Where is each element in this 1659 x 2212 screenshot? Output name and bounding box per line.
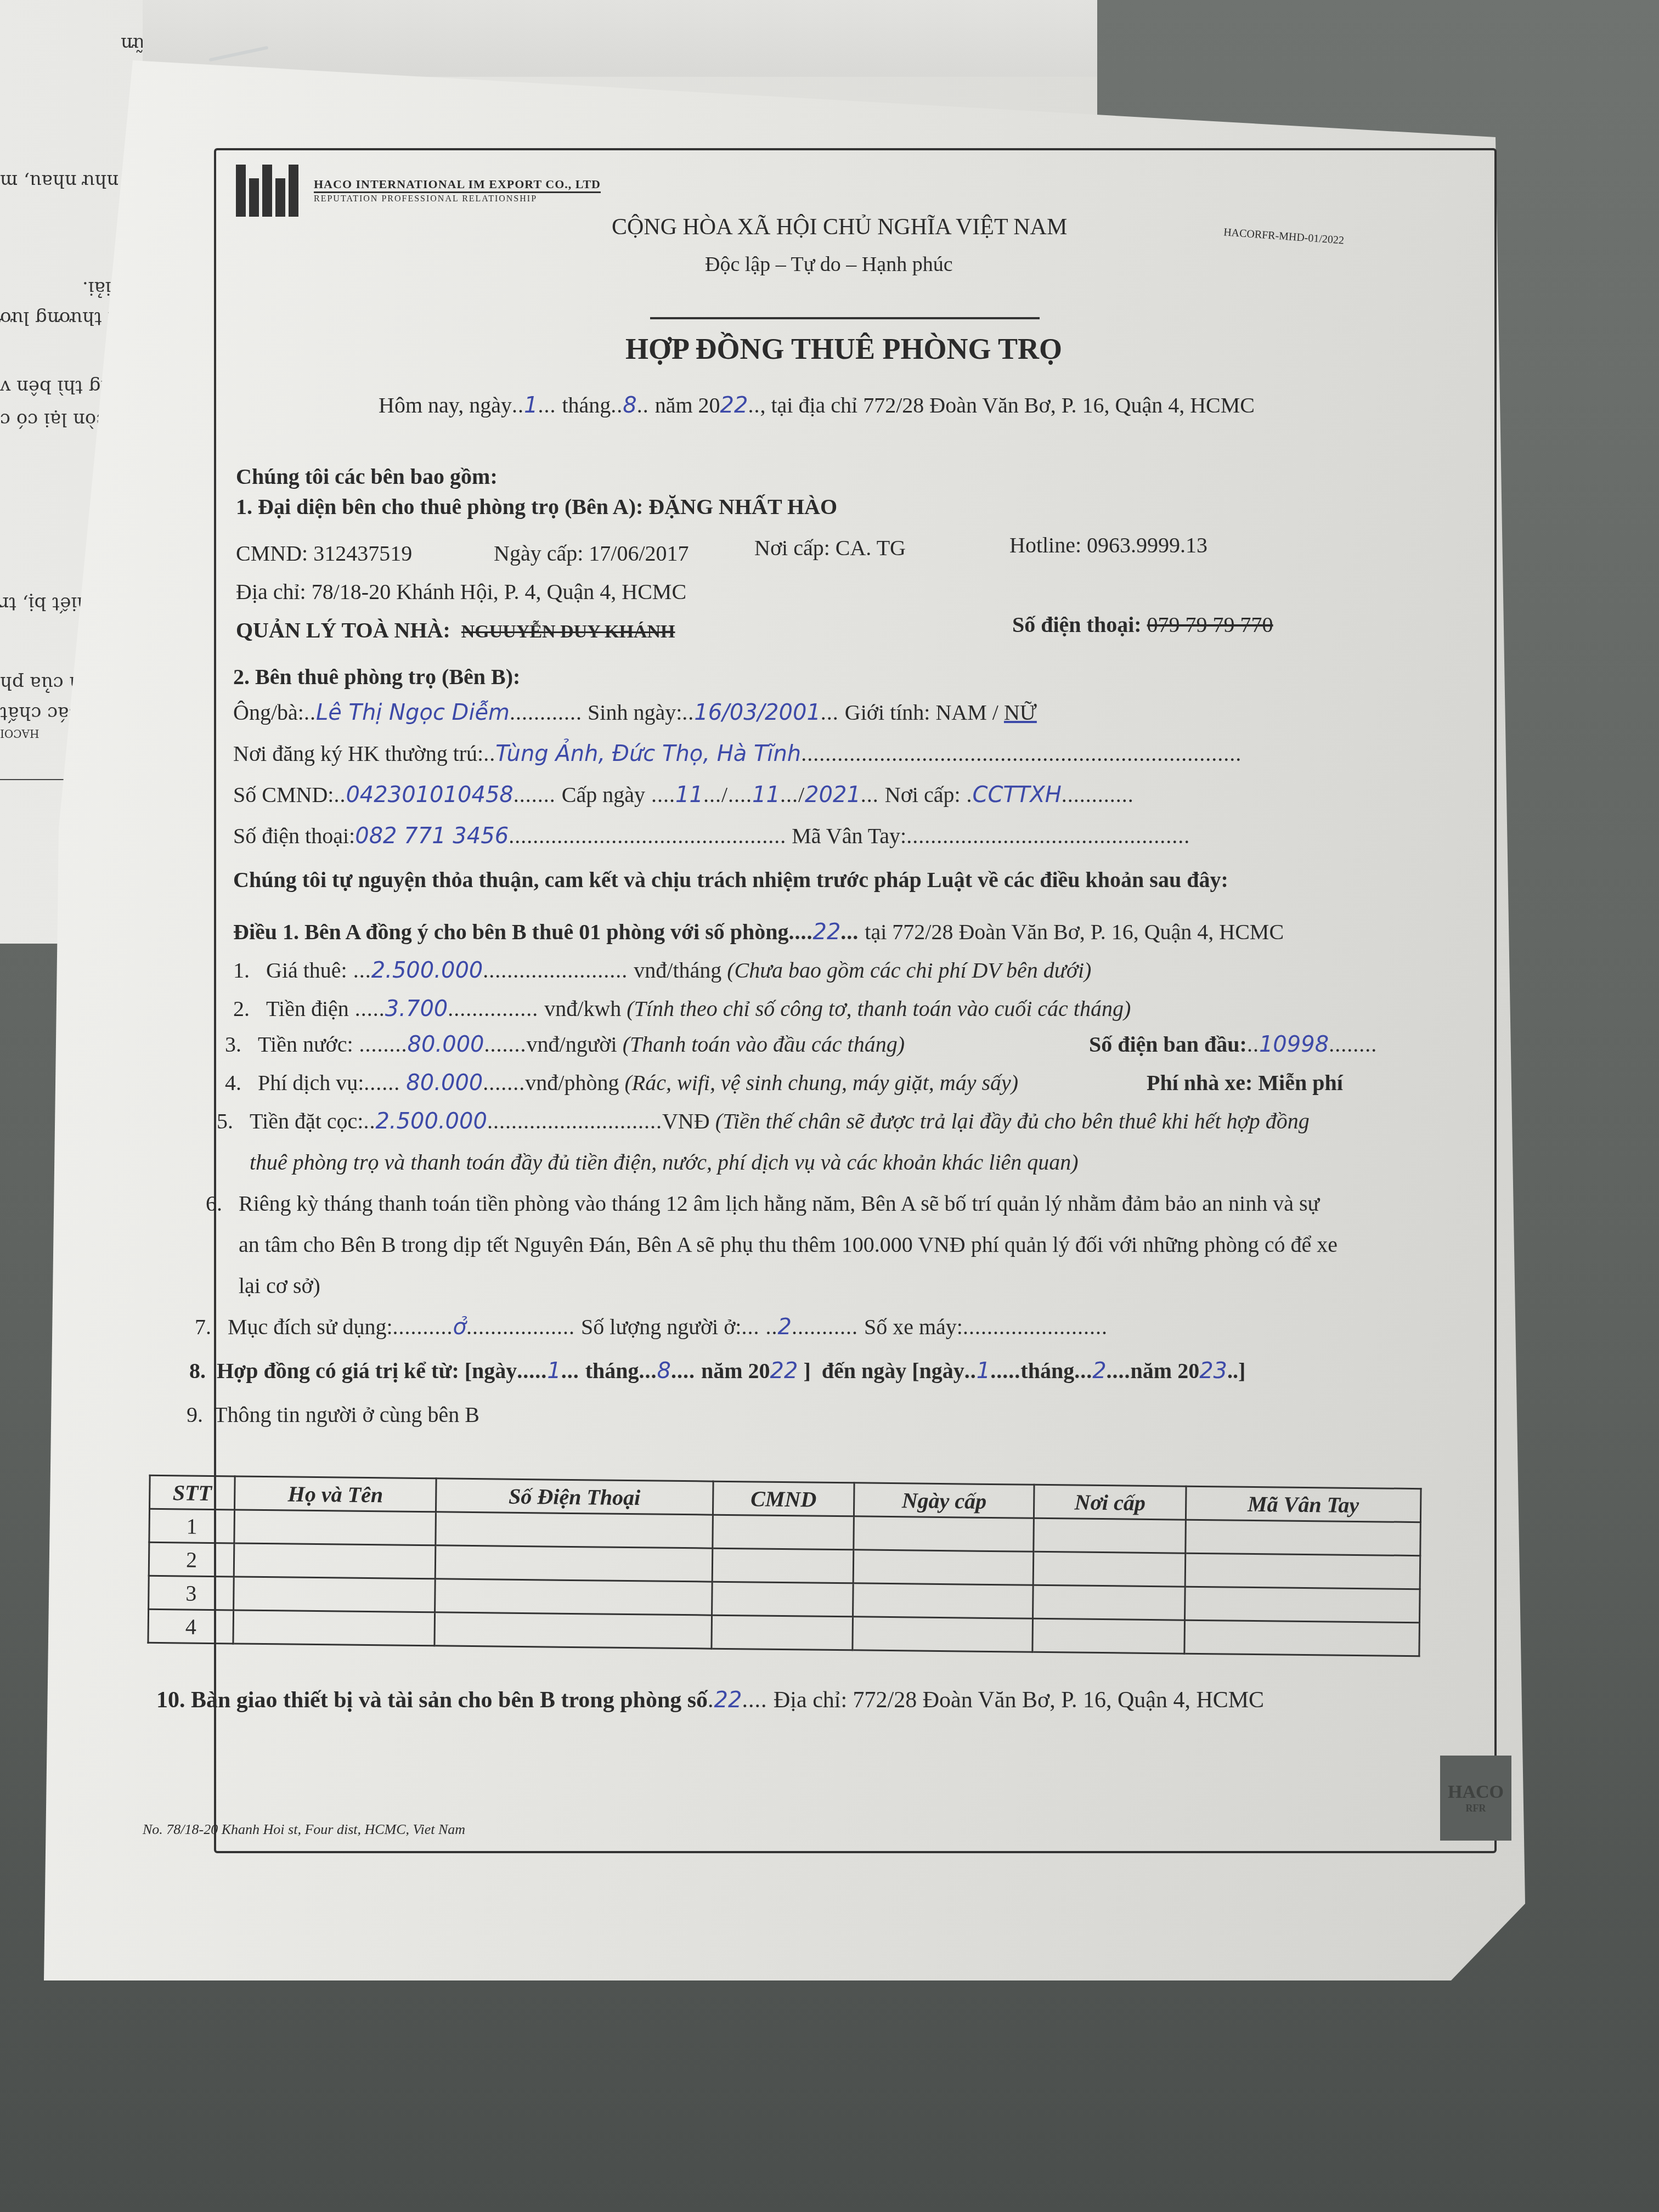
article-10-address: Địa chỉ: 772/28 Đoàn Văn Bơ, P. 16, Quận… — [774, 1688, 1264, 1713]
background-sheet-top — [143, 0, 1097, 77]
table-cell[interactable] — [712, 1615, 853, 1650]
column-header: Số Điện Thoại — [436, 1479, 713, 1515]
term-tet-surcharge-line2: an tâm cho Bên B trong dịp tết Nguyên Đá… — [239, 1232, 1338, 1257]
party-b-heading: 2. Bên thuê phòng trọ (Bên B): — [233, 664, 520, 690]
table-cell[interactable] — [234, 1577, 436, 1612]
table-cell[interactable] — [1033, 1585, 1185, 1620]
term-tet-surcharge: 6. Riêng kỳ tháng thanh toán tiền phòng … — [206, 1190, 1319, 1216]
validity-to-year[interactable]: 23 — [1199, 1358, 1227, 1384]
rent-value[interactable]: 2.500.000 — [371, 958, 483, 983]
party-a-id-row: CMND: 312437519 — [236, 540, 412, 566]
term-text: Riêng kỳ tháng thanh toán tiền phòng vào… — [239, 1191, 1319, 1216]
party-b-residence-row: Nơi đăng ký HK thường trú:..Tùng Ảnh, Đứ… — [233, 741, 1242, 766]
logo-icon — [236, 165, 307, 217]
validity-from-label: Hợp đồng có giá trị kể từ: [ngày — [217, 1358, 517, 1383]
party-b-gender-label: Giới tính: — [845, 700, 930, 725]
intro-day-label: Hôm nay, ngày — [379, 393, 512, 417]
party-a-address: Địa chỉ: 78/18-20 Khánh Hội, P. 4, Quận … — [236, 579, 686, 605]
party-b-name[interactable]: Lê Thị Ngọc Diễm — [316, 700, 510, 725]
party-a-id-label: CMND: — [236, 541, 308, 566]
term-note: (Thanh toán vào đầu các tháng) — [623, 1032, 905, 1057]
table-cell[interactable] — [1034, 1518, 1186, 1553]
table-cell[interactable] — [1033, 1551, 1185, 1587]
intro-line: Hôm nay, ngày..1... tháng..8.. năm 2022.… — [379, 392, 1255, 418]
term-number: 2. — [233, 996, 250, 1021]
party-b-issue-place-label: Nơi cấp: — [885, 782, 961, 807]
validity-month-label: tháng — [1020, 1358, 1074, 1383]
party-b-id-label: Số CMND: — [233, 782, 334, 807]
party-a-hotline: Hotline: 0963.9999.13 — [1009, 532, 1207, 558]
term-label: Tiền nước: — [258, 1032, 353, 1057]
national-motto: Độc lập – Tự do – Hạnh phúc — [705, 252, 953, 276]
term-label: Phí dịch vụ: — [258, 1070, 364, 1095]
table-cell[interactable] — [435, 1612, 712, 1649]
occupants-label: Số lượng người ở: — [581, 1314, 741, 1339]
party-a-issue-date-label: Ngày cấp: — [494, 541, 583, 566]
article-1-heading: Điều 1. Bên A đồng ý cho bên B thuê 01 p… — [233, 919, 1284, 945]
party-a-issue-place-value: CA. TG — [836, 535, 906, 560]
table-cell[interactable] — [1184, 1620, 1420, 1656]
company-logo: HACO INTERNATIONAL IM EXPORT CO., LTD RE… — [236, 165, 601, 217]
party-a-issue-date-value: 17/06/2017 — [589, 541, 689, 566]
company-stamp: HACO RFR — [1440, 1756, 1511, 1841]
term-rent: 1. Giá thuê: ...2.500.000...............… — [233, 957, 1091, 983]
parking-fee: Phí nhà xe: Miễn phí — [1147, 1070, 1343, 1096]
water-value[interactable]: 80.000 — [408, 1032, 484, 1057]
party-b-dob[interactable]: 16/03/2001 — [694, 700, 821, 725]
column-header: Ngày cấp — [854, 1483, 1035, 1518]
building-manager-phone: Số điện thoại: 079 79 79 770 — [1012, 612, 1273, 637]
initial-meter: Số điện ban đầu:..10998........ — [1089, 1031, 1377, 1057]
national-title: CỘNG HÒA XÃ HỘI CHỦ NGHĨA VIỆT NAM — [612, 214, 1067, 240]
row-number: 4 — [148, 1609, 234, 1644]
term-number: 9. — [187, 1402, 203, 1427]
term-unit: vnđ/tháng — [634, 958, 721, 983]
company-name: HACO INTERNATIONAL IM EXPORT CO., LTD — [314, 177, 601, 191]
column-header: CMND — [713, 1481, 854, 1516]
table-cell[interactable] — [712, 1548, 854, 1583]
intro-month-label: tháng — [562, 393, 611, 417]
party-a-heading: 1. Đại diện bên cho thuê phòng trọ (Bên … — [236, 494, 837, 520]
validity-year-label: năm 20 — [701, 1358, 770, 1383]
party-a-name: ĐẶNG NHẤT HÀO — [648, 494, 837, 519]
column-header: STT — [150, 1475, 235, 1510]
occupants-value[interactable]: 2 — [777, 1314, 791, 1340]
building-manager-phone-label: Số điện thoại: — [1012, 612, 1142, 637]
term-number: 1. — [233, 958, 250, 983]
party-b-id-row: Số CMND:..042301010458....... Cấp ngày .… — [233, 782, 1134, 808]
table-cell[interactable] — [233, 1610, 435, 1646]
party-b-issue-year[interactable]: 2021 — [805, 782, 861, 808]
table-cell[interactable] — [853, 1583, 1034, 1618]
document-title: HỢP ĐỒNG THUÊ PHÒNG TRỌ — [625, 332, 1062, 366]
row-number: 3 — [149, 1576, 234, 1610]
intro-month[interactable]: 8 — [623, 393, 636, 418]
term-electricity: 2. Tiền điện .....3.700............... v… — [233, 996, 1131, 1022]
validity-to-month[interactable]: 2 — [1092, 1358, 1106, 1384]
validity-to-day[interactable]: 1 — [977, 1358, 990, 1384]
term-number: 3. — [225, 1032, 241, 1057]
cohabitants-label: Thông tin người ở cùng bên B — [214, 1402, 479, 1427]
column-header: Họ và Tên — [235, 1476, 437, 1512]
intro-year[interactable]: 22 — [720, 393, 748, 418]
party-b-name-row: Ông/bà:..Lê Thị Ngọc Diễm............ Si… — [233, 699, 1037, 725]
term-number: 5. — [217, 1109, 233, 1133]
party-b-residence[interactable]: Tùng Ảnh, Đức Thọ, Hà Tĩnh — [495, 741, 801, 766]
validity-from-day[interactable]: 1 — [547, 1358, 561, 1384]
term-usage: 7. Mục đích sử dụng:..........ở.........… — [195, 1314, 1108, 1340]
row-number: 2 — [149, 1542, 234, 1577]
party-a-label: 1. Đại diện bên cho thuê phòng trọ (Bên … — [236, 494, 643, 519]
table-cell[interactable] — [853, 1550, 1034, 1585]
term-cohabitants: 9. Thông tin người ở cùng bên B — [187, 1402, 479, 1427]
purpose-label: Mục đích sử dụng: — [228, 1314, 393, 1339]
party-b-issue-month[interactable]: 11 — [752, 782, 780, 808]
term-label: Tiền điện — [266, 996, 349, 1021]
article-10: 10. Bàn giao thiết bị và tài sản cho bên… — [156, 1687, 1264, 1713]
deposit-value[interactable]: 2.500.000 — [375, 1109, 487, 1134]
term-number: 7. — [195, 1314, 211, 1339]
party-a-hotline-label: Hotline: — [1009, 533, 1081, 557]
purpose-value[interactable]: ở — [453, 1314, 466, 1340]
party-b-id[interactable]: 042301010458 — [346, 782, 513, 808]
party-a-issue-date: Ngày cấp: 17/06/2017 — [494, 540, 689, 566]
term-number: 8. — [189, 1358, 206, 1383]
party-a-hotline-value: 0963.9999.13 — [1087, 533, 1207, 557]
initial-meter-label: Số điện ban đầu: — [1089, 1032, 1247, 1057]
party-b-name-label: Ông/bà: — [233, 700, 304, 725]
term-unit: vnđ/phòng — [525, 1070, 619, 1095]
term-validity: 8. Hợp đồng có giá trị kể từ: [ngày.....… — [189, 1358, 1245, 1384]
table-cell[interactable] — [436, 1512, 713, 1548]
article-10-room[interactable]: 22 — [714, 1688, 742, 1713]
building-manager: QUẢN LÝ TOÀ NHÀ: NGUUYỄN DUY KHÁNH — [236, 617, 675, 643]
cohabitants-table: STT Họ và Tên Số Điện Thoại CMND Ngày cấ… — [147, 1475, 1421, 1657]
party-a-address-label: Địa chỉ: — [236, 579, 306, 604]
table-cell[interactable] — [713, 1515, 854, 1550]
table-cell[interactable] — [435, 1545, 712, 1582]
term-note: (Tính theo chỉ số công tơ, thanh toán và… — [627, 996, 1131, 1021]
term-unit: vnđ/người — [527, 1032, 617, 1057]
party-b-phone[interactable]: 082 771 3456 — [355, 823, 509, 849]
term-deposit: 5. Tiền đặt cọc:..2.500.000.............… — [217, 1108, 1310, 1134]
term-tet-surcharge-line3: lại cơ sở) — [239, 1273, 320, 1299]
party-a-address-value: 78/18-20 Khánh Hội, P. 4, Quận 4, HCMC — [312, 579, 686, 604]
validity-year-label: năm 20 — [1131, 1358, 1200, 1383]
party-b-residence-label: Nơi đăng ký HK thường trú: — [233, 741, 483, 766]
footer-address: No. 78/18-20 Khanh Hoi st, Four dist, HC… — [143, 1821, 465, 1838]
table-cell[interactable] — [435, 1579, 712, 1615]
table-cell[interactable] — [1185, 1553, 1420, 1589]
term-label: Giá thuê: — [266, 958, 347, 983]
stamp-subtext: RFR — [1466, 1803, 1486, 1814]
company-tagline: REPUTATION PROFESSIONAL RELATIONSHIP — [314, 191, 601, 204]
party-a-issue-place: Nơi cấp: CA. TG — [754, 535, 906, 561]
gender-option-nam[interactable]: NAM — [935, 700, 986, 725]
motorbikes-label: Số xe máy: — [864, 1314, 963, 1339]
table-cell[interactable] — [854, 1516, 1034, 1551]
term-note: (Rác, wifi, vệ sinh chung, máy giặt, máy… — [624, 1070, 1018, 1095]
table-cell[interactable] — [712, 1582, 853, 1617]
table-cell[interactable] — [1184, 1587, 1420, 1622]
party-a-id: 312437519 — [313, 541, 412, 566]
gender-option-nu[interactable]: NỮ — [1004, 700, 1037, 725]
parties-heading: Chúng tôi các bên bao gồm: — [236, 464, 498, 489]
term-number: 4. — [225, 1070, 241, 1095]
building-manager-phone-value: 079 79 79 770 — [1147, 612, 1273, 637]
term-label: Tiền đặt cọc: — [250, 1109, 363, 1133]
term-water: 3. Tiền nước: ........80.000.......vnđ/n… — [225, 1031, 905, 1057]
table-cell[interactable] — [853, 1617, 1033, 1652]
row-number: 1 — [149, 1509, 235, 1543]
term-note: (Chưa bao gồm các chi phí DV bên dưới) — [727, 958, 1091, 983]
party-a-issue-place-label: Nơi cấp: — [754, 535, 830, 560]
party-b-fingerprint-label: Mã Vân Tay: — [792, 823, 906, 848]
party-b-phone-row: Số điện thoại:082 771 3456..............… — [233, 823, 1190, 849]
building-manager-label: QUẢN LÝ TOÀ NHÀ: — [236, 618, 450, 642]
intro-day[interactable]: 1 — [524, 393, 538, 418]
article-10-label: 10. Bàn giao thiết bị và tài sản cho bên… — [156, 1688, 708, 1713]
term-deposit-note: thuê phòng trọ và thanh toán đầy đủ tiền… — [250, 1149, 1079, 1175]
heading-divider — [650, 317, 1040, 319]
background-text: HACOI — [0, 727, 39, 740]
table-cell[interactable] — [1185, 1520, 1420, 1555]
term-service-fee: 4. Phí dịch vụ:...... 80.000.......vnđ/p… — [225, 1070, 1018, 1096]
term-number: 6. — [206, 1191, 222, 1216]
building-manager-name: NGUUYỄN DUY KHÁNH — [461, 622, 675, 642]
table-cell[interactable] — [1032, 1618, 1184, 1654]
article-1-room[interactable]: 22 — [812, 919, 840, 945]
party-b-issue-date-label: Cấp ngày — [562, 782, 645, 807]
article-1-address: tại 772/28 Đoàn Văn Bơ, P. 16, Quận 4, H… — [865, 919, 1284, 944]
term-unit: vnđ/kwh — [544, 996, 621, 1021]
table-cell[interactable] — [234, 1543, 436, 1579]
column-header: Nơi cấp — [1034, 1485, 1186, 1520]
column-header: Mã Vân Tay — [1186, 1486, 1421, 1522]
party-b-dob-label: Sinh ngày: — [588, 700, 682, 725]
party-b-phone-label: Số điện thoại: — [233, 823, 355, 848]
term-unit: VNĐ — [662, 1109, 710, 1133]
intro-year-label: năm 20 — [655, 393, 720, 417]
electricity-value[interactable]: 3.700 — [385, 996, 448, 1022]
party-b-issue-day[interactable]: 11 — [675, 782, 703, 808]
table-cell[interactable] — [234, 1510, 436, 1545]
validity-from-month[interactable]: 8 — [657, 1358, 671, 1384]
initial-meter-value[interactable]: 10998 — [1259, 1032, 1329, 1057]
validity-month-label: tháng — [585, 1358, 639, 1383]
stamp-text: HACO — [1448, 1782, 1504, 1803]
term-note: (Tiền thế chân sẽ được trả lại đầy đủ ch… — [715, 1109, 1310, 1133]
validity-from-year[interactable]: 22 — [770, 1358, 798, 1384]
service-fee-value[interactable]: 80.000 — [406, 1070, 483, 1096]
intro-address: , tại địa chỉ 772/28 Đoàn Văn Bơ, P. 16,… — [760, 393, 1254, 417]
article-1-label: Điều 1. Bên A đồng ý cho bên B thuê 01 p… — [233, 919, 788, 944]
party-b-issue-place[interactable]: CCTTXH — [973, 782, 1062, 808]
agreement-statement: Chúng tôi tự nguyện thỏa thuận, cam kết … — [233, 867, 1228, 893]
validity-to-label: đến ngày [ngày — [822, 1358, 964, 1383]
